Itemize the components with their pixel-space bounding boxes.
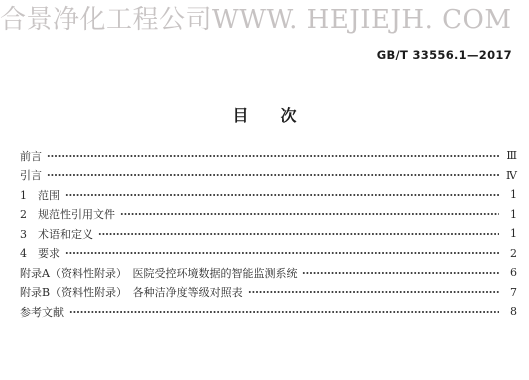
toc-entry-page: 2	[503, 247, 517, 260]
toc-entry-requirements: 4 要求 2	[20, 244, 517, 264]
toc-entry-page: 6	[503, 266, 517, 279]
dot-leader	[47, 166, 499, 186]
toc-entry-label: 附录A（资料性附录） 医院受控环境数据的智能监测系统	[20, 265, 297, 281]
dot-leader	[248, 283, 499, 303]
standard-number: GB/T 33556.1—2017	[377, 48, 512, 62]
toc-entry-page: 1	[503, 227, 517, 240]
dot-leader	[65, 244, 499, 264]
toc-entry-annex-a: 附录A（资料性附录） 医院受控环境数据的智能监测系统 6	[20, 263, 517, 283]
table-of-contents: 前言 Ⅲ 引言 Ⅳ 1 范围 1 2 规范性引用文件 1 3 术语和定义 1 4…	[20, 146, 517, 322]
dot-leader	[120, 205, 499, 225]
toc-entry-page: 8	[503, 305, 517, 318]
toc-entry-label: 参考文献	[20, 304, 64, 320]
toc-entry-scope: 1 范围 1	[20, 185, 517, 205]
toc-entry-label: 4 要求	[20, 245, 60, 261]
watermark-text: 合景净化工程公司WWW. HEJIEJH. COM	[0, 5, 511, 35]
document-page: 合景净化工程公司WWW. HEJIEJH. COM GB/T 33556.1—2…	[0, 0, 529, 380]
toc-entry-label: 附录B（资料性附录） 各种洁净度等级对照表	[20, 284, 243, 300]
toc-entry-label: 3 术语和定义	[20, 226, 93, 242]
toc-entry-foreword: 前言 Ⅲ	[20, 146, 517, 166]
dot-leader	[98, 224, 499, 244]
toc-entry-label: 前言	[20, 148, 42, 164]
toc-entry-introduction: 引言 Ⅳ	[20, 166, 517, 186]
page-title: 目 次	[0, 103, 529, 126]
toc-entry-label: 2 规范性引用文件	[20, 206, 115, 222]
toc-entry-annex-b: 附录B（资料性附录） 各种洁净度等级对照表 7	[20, 283, 517, 303]
toc-entry-bibliography: 参考文献 8	[20, 302, 517, 322]
toc-entry-label: 引言	[20, 167, 42, 183]
toc-entry-page: 1	[503, 188, 517, 201]
toc-entry-page: Ⅳ	[503, 169, 517, 182]
toc-entry-page: Ⅲ	[503, 149, 517, 162]
toc-entry-label: 1 范围	[20, 187, 60, 203]
dot-leader	[47, 146, 499, 166]
toc-entry-normative-references: 2 规范性引用文件 1	[20, 205, 517, 225]
toc-entry-page: 7	[503, 286, 517, 299]
toc-entry-page: 1	[503, 208, 517, 221]
dot-leader	[302, 263, 499, 283]
toc-entry-terms-definitions: 3 术语和定义 1	[20, 224, 517, 244]
dot-leader	[69, 302, 499, 322]
dot-leader	[65, 185, 499, 205]
